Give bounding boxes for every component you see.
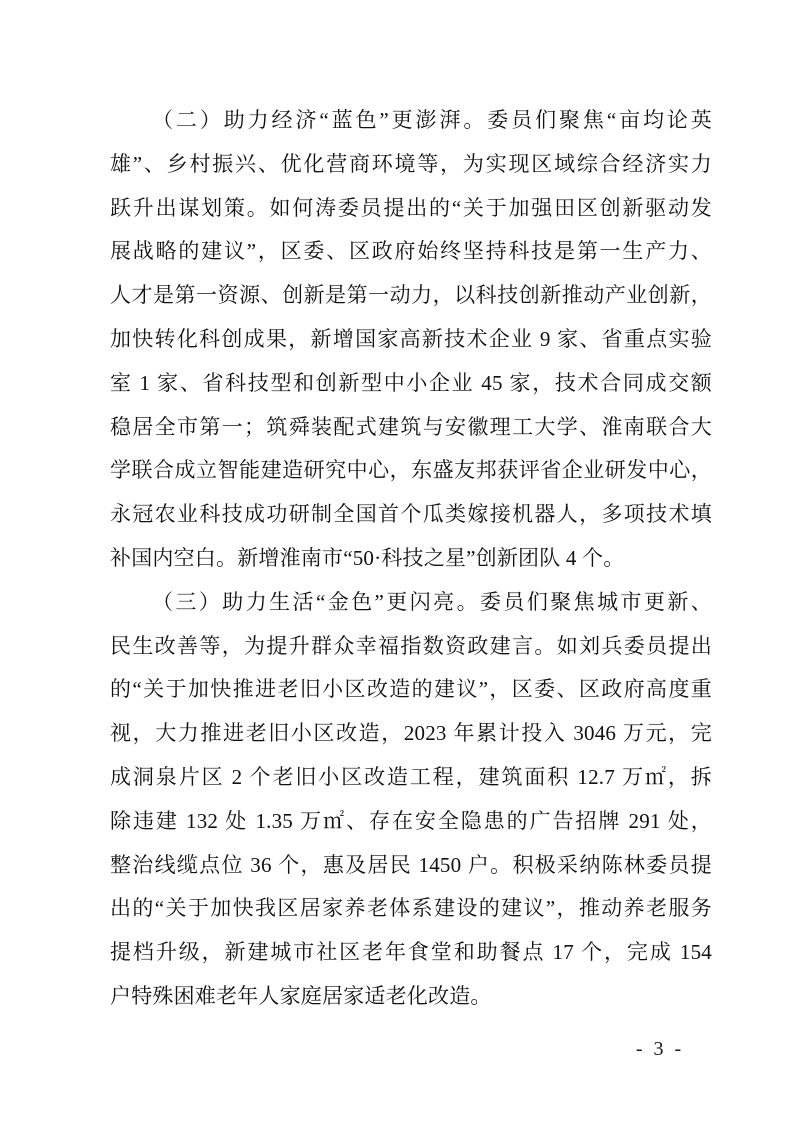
text-line: （三）助力生活“金色”更闪亮。委员们聚焦城市更新、 bbox=[110, 581, 712, 625]
text-line: 稳居全市第一；筑舜装配式建筑与安徽理工大学、淮南联合大 bbox=[110, 406, 712, 450]
text-line: 补国内空白。新增淮南市“50·科技之星”创新团队 4 个。 bbox=[110, 537, 712, 581]
text-line: 室 1 家、省科技型和创新型中小企业 45 家，技术合同成交额 bbox=[110, 362, 712, 406]
document-body: （二）助力经济“蓝色”更澎湃。委员们聚焦“亩均论英雄”、乡村振兴、优化营商环境等… bbox=[110, 99, 712, 1019]
text-line: 学联合成立智能建造研究中心，东盛友邦获评省企业研发中心， bbox=[110, 449, 712, 493]
text-line: 展战略的建议”，区委、区政府始终坚持科技是第一生产力、 bbox=[110, 230, 712, 274]
paragraph-section-3: （三）助力生活“金色”更闪亮。委员们聚焦城市更新、民生改善等，为提升群众幸福指数… bbox=[110, 581, 712, 1019]
text-line: 整治线缆点位 36 个，惠及居民 1450 户。积极采纳陈林委员提 bbox=[110, 844, 712, 888]
text-line: 人才是第一资源、创新是第一动力，以科技创新推动产业创新， bbox=[110, 274, 712, 318]
document-page: （二）助力经济“蓝色”更澎湃。委员们聚焦“亩均论英雄”、乡村振兴、优化营商环境等… bbox=[0, 0, 794, 1122]
text-line: 的“关于加快推进老旧小区改造的建议”，区委、区政府高度重 bbox=[110, 668, 712, 712]
text-line: 除违建 132 处 1.35 万㎡、存在安全隐患的广告招牌 291 处， bbox=[110, 800, 712, 844]
text-line: 跃升出谋划策。如何涛委员提出的“关于加强田区创新驱动发 bbox=[110, 187, 712, 231]
text-line: 民生改善等，为提升群众幸福指数资政建言。如刘兵委员提出 bbox=[110, 625, 712, 669]
text-line: 加快转化科创成果，新增国家高新技术企业 9 家、省重点实验 bbox=[110, 318, 712, 362]
text-line: （二）助力经济“蓝色”更澎湃。委员们聚焦“亩均论英 bbox=[110, 99, 712, 143]
paragraph-section-2: （二）助力经济“蓝色”更澎湃。委员们聚焦“亩均论英雄”、乡村振兴、优化营商环境等… bbox=[110, 99, 712, 581]
text-line: 户特殊困难老年人家庭居家适老化改造。 bbox=[110, 975, 712, 1019]
text-line: 提档升级，新建城市社区老年食堂和助餐点 17 个，完成 154 bbox=[110, 931, 712, 975]
page-footer: - 3 - bbox=[617, 1038, 703, 1061]
page-number: - 3 - bbox=[636, 1038, 684, 1060]
text-line: 永冠农业科技成功研制全国首个瓜类嫁接机器人，多项技术填 bbox=[110, 493, 712, 537]
text-line: 雄”、乡村振兴、优化营商环境等，为实现区域综合经济实力 bbox=[110, 143, 712, 187]
text-line: 成洞泉片区 2 个老旧小区改造工程，建筑面积 12.7 万㎡，拆 bbox=[110, 756, 712, 800]
text-line: 视，大力推进老旧小区改造，2023 年累计投入 3046 万元，完 bbox=[110, 712, 712, 756]
text-line: 出的“关于加快我区居家养老体系建设的建议”，推动养老服务 bbox=[110, 887, 712, 931]
